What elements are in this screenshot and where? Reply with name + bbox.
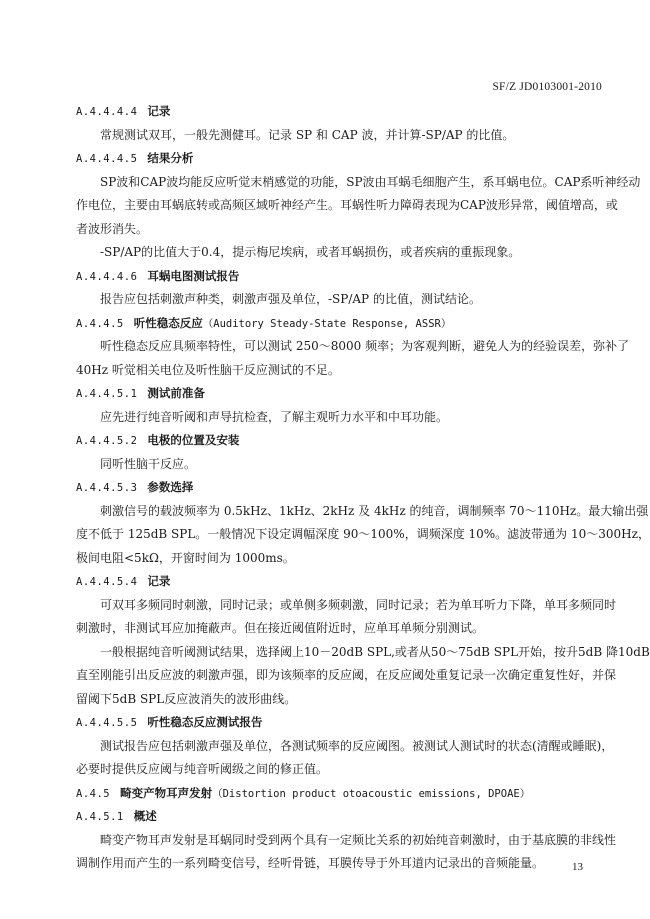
section-number: A.4.5.1 — [76, 811, 124, 823]
paragraph-line: SP波和CAP波均能反应听觉末梢感觉的功能，SP波由耳蜗毛细胞产生，系耳蜗电位。… — [76, 171, 606, 195]
section-heading: A.4.4.4.5结果分析 — [76, 147, 606, 171]
section-heading: A.4.4.5.5听性稳态反应测试报告 — [76, 711, 606, 735]
section-heading: A.4.4.4.4记录 — [76, 100, 606, 124]
paragraph-continuation: 度不低于 125dB SPL。一般情况下设定调幅深度 90～100%，调频深度 … — [76, 523, 606, 547]
paragraph-line: 畸变产物耳声发射是耳蜗同时受到两个具有一定频比关系的初始纯音刺激时，由于基底膜的… — [76, 829, 606, 853]
section-heading: A.4.4.5听性稳态反应（Auditory Steady-State Resp… — [76, 312, 606, 336]
section-heading: A.4.4.5.3参数选择 — [76, 476, 606, 500]
section-title: 畸变产物耳声发射 — [120, 786, 212, 800]
paragraph-line: -SP/AP的比值大于0.4，提示梅尼埃病，或者耳蜗损伤，或者疾病的重振现象。 — [76, 241, 606, 265]
paragraph-line: 听性稳态反应具频率特性，可以测试 250～8000 频率；为客观判断，避免人为的… — [76, 335, 606, 359]
section-number: A.4.4.5.5 — [76, 717, 137, 729]
paragraph-continuation: 者波形消失。 — [76, 218, 606, 242]
paragraph-line: 应先进行纯音听阈和声导抗检查，了解主观听力水平和中耳功能。 — [76, 406, 606, 430]
section-heading: A.4.4.5.2电极的位置及安装 — [76, 429, 606, 453]
paragraph-continuation: 极间电阻<5kΩ，开窗时间为 1000ms。 — [76, 547, 606, 571]
document-body: A.4.4.4.4记录常规测试双耳，一般先测健耳。记录 SP 和 CAP 波，并… — [76, 100, 606, 876]
paragraph-line: 常规测试双耳，一般先测健耳。记录 SP 和 CAP 波，并计算-SP/AP 的比… — [76, 124, 606, 148]
section-title: 耳蜗电图测试报告 — [147, 269, 239, 283]
section-number: A.4.4.5.4 — [76, 576, 137, 588]
paragraph-line: 报告应包括刺激声种类，刺激声强及单位，-SP/AP 的比值，测试结论。 — [76, 288, 606, 312]
section-heading: A.4.5.1概述 — [76, 805, 606, 829]
paragraph-continuation: 作电位，主要由耳蜗底转或高频区域听神经产生。耳蜗性听力障碍表现为CAP波形异常，… — [76, 194, 606, 218]
section-title: 结果分析 — [147, 151, 193, 165]
section-title: 听性稳态反应测试报告 — [147, 715, 262, 729]
section-number: A.4.4.5.1 — [76, 388, 137, 400]
document-code: SF/Z JD0103001-2010 — [492, 81, 602, 93]
section-number: A.4.4.4.5 — [76, 153, 137, 165]
section-number: A.4.4.5.3 — [76, 482, 137, 494]
paragraph-continuation: 调制作用而产生的一系列畸变信号，经听骨链，耳膜传导于外耳道内记录出的音频能量。 — [76, 852, 606, 876]
section-number: A.4.4.5 — [76, 318, 124, 330]
paragraph-continuation: 留阈下5dB SPL反应波消失的波形曲线。 — [76, 688, 606, 712]
section-title: 记录 — [147, 104, 170, 118]
section-number: A.4.4.4.4 — [76, 106, 137, 118]
section-heading: A.4.4.4.6耳蜗电图测试报告 — [76, 265, 606, 289]
paragraph-line: 同听性脑干反应。 — [76, 453, 606, 477]
section-heading: A.4.5畸变产物耳声发射（Distortion product otoacou… — [76, 782, 606, 806]
paragraph-continuation: 刺激时，非测试耳应加掩蔽声。但在接近阈值附近时，应单耳单频分别测试。 — [76, 617, 606, 641]
section-heading: A.4.4.5.4记录 — [76, 570, 606, 594]
section-title: 参数选择 — [147, 480, 193, 494]
section-heading: A.4.4.5.1测试前准备 — [76, 382, 606, 406]
paragraph-line: 刺激信号的载波频率为 0.5kHz、1kHz、2kHz 及 4kHz 的纯音，调… — [76, 500, 606, 524]
section-number: A.4.5 — [76, 788, 110, 800]
page-number: 13 — [572, 861, 583, 873]
paragraph-line: 可双耳多频同时刺激，同时记录；或单侧多频刺激，同时记录；若为单耳听力下降，单耳多… — [76, 594, 606, 618]
section-title: 记录 — [147, 574, 170, 588]
section-title: 电极的位置及安装 — [147, 433, 239, 447]
section-title: 测试前准备 — [147, 386, 205, 400]
section-title: 概述 — [134, 809, 157, 823]
section-title: 听性稳态反应 — [134, 316, 203, 330]
section-number: A.4.4.4.6 — [76, 271, 137, 283]
paragraph-line: 测试报告应包括刺激声强及单位，各测试频率的反应阈图。被测试人测试时的状态(清醒或… — [76, 735, 606, 759]
paragraph-line: 一般根据纯音听阈测试结果，选择阈上10－20dB SPL,或者从50～75dB … — [76, 641, 606, 665]
section-number: A.4.4.5.2 — [76, 435, 137, 447]
paragraph-continuation: 直至刚能引出反应波的刺激声强，即为该频率的反应阈，在反应阈处重复记录一次确定重复… — [76, 664, 606, 688]
section-english-title: （Auditory Steady-State Response, ASSR） — [203, 318, 452, 330]
paragraph-continuation: 40Hz 听觉相关电位及听性脑干反应测试的不足。 — [76, 359, 606, 383]
paragraph-continuation: 必要时提供反应阈与纯音听阈级之间的修正值。 — [76, 758, 606, 782]
section-english-title: （Distortion product otoacoustic emission… — [212, 788, 530, 800]
